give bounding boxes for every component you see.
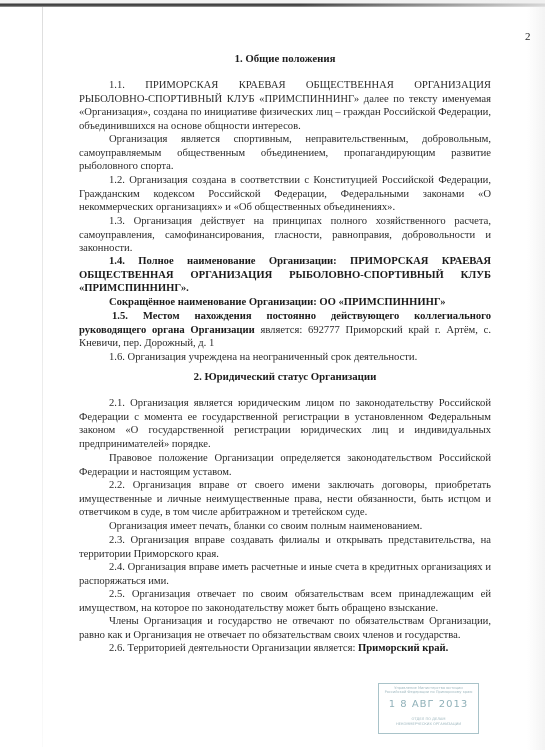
paragraph-1-2-text: 1.2. Организация создана в соответствии … — [79, 175, 491, 213]
paragraph-1-6: 1.6. Организация учреждена на неограниче… — [79, 351, 491, 365]
paragraph-1-1b-text: Организация является спортивным, неправи… — [79, 134, 491, 172]
paragraph-2-2b: Организация имеет печать, бланки со свои… — [79, 520, 491, 534]
registration-stamp: Управление Министерства юстиции Российск… — [378, 683, 479, 734]
paragraph-2-5b: Члены Организация и государство не отвеч… — [79, 615, 491, 642]
stamp-line-2: Российской Федерации по Приморскому краю — [383, 690, 474, 694]
paragraph-2-3-text: 2.3. Организация вправе создавать филиал… — [79, 535, 491, 560]
section-2-title: 2. Юридический статус Организации — [79, 371, 491, 385]
stamp-date: 1 8 АВГ 2013 — [379, 699, 478, 710]
paragraph-2-1b: Правовое положение Организации определяе… — [79, 452, 491, 479]
paragraph-1-2: 1.2. Организация создана в соответствии … — [79, 174, 491, 215]
stamp-line-5: НЕКОММЕРЧЕСКИХ ОРГАНИЗАЦИЙ — [383, 722, 474, 726]
paper-crease — [42, 7, 43, 747]
paragraph-2-3: 2.3. Организация вправе создавать филиал… — [79, 534, 491, 561]
scan-top-edge-fade — [300, 0, 545, 7]
paragraph-2-5-text: 2.5. Организация отвечает по своим обяза… — [79, 589, 491, 614]
page-number: 2 — [525, 31, 531, 43]
paragraph-2-6: 2.6. Территорией деятельности Организаци… — [79, 642, 491, 656]
paragraph-2-5: 2.5. Организация отвечает по своим обяза… — [79, 588, 491, 615]
paragraph-1-5: 1.5. Местом нахождения постоянно действу… — [79, 310, 491, 351]
paragraph-2-2: 2.2. Организация вправе от своего имени … — [79, 479, 491, 520]
paragraph-2-2-text: 2.2. Организация вправе от своего имени … — [79, 480, 491, 518]
stamp-line-4: ОТДЕЛ ПО ДЕЛАМ — [383, 717, 474, 721]
paragraph-1-1: 1.1. ПРИМОРСКАЯ КРАЕВАЯ ОБЩЕСТВЕННАЯ ОРГ… — [79, 79, 491, 133]
paragraph-1-1b: Организация является спортивным, неправи… — [79, 133, 491, 174]
paragraph-1-4: 1.4. Полное наименование Организации: ПР… — [79, 255, 491, 296]
paragraph-1-3: 1.3. Организация действует на принципах … — [79, 215, 491, 256]
paragraph-2-1b-text: Правовое положение Организации определяе… — [79, 453, 491, 478]
section-1-title: 1. Общие положения — [79, 53, 491, 67]
paragraph-2-5b-text: Члены Организация и государство не отвеч… — [79, 616, 491, 641]
paragraph-1-4b: Сокращённое наименование Организации: ОО… — [79, 296, 491, 310]
paragraph-1-3-text: 1.3. Организация действует на принципах … — [79, 216, 491, 254]
paragraph-2-1-text: 2.1. Организация является юридическим ли… — [79, 398, 491, 450]
short-name-text: Сокращённое наименование Организации: ОО… — [109, 297, 446, 308]
paragraph-2-1: 2.1. Организация является юридическим ли… — [79, 397, 491, 451]
paragraph-2-2b-text: Организация имеет печать, бланки со свои… — [109, 521, 422, 532]
paragraph-1-1-text: 1.1. ПРИМОРСКАЯ КРАЕВАЯ ОБЩЕСТВЕННАЯ ОРГ… — [79, 80, 491, 132]
paragraph-1-6-text: 1.6. Организация учреждена на неограниче… — [109, 352, 417, 363]
paragraph-2-4: 2.4. Организация вправе иметь расчетные … — [79, 561, 491, 588]
paragraph-2-6-text: 2.6. Территорией деятельности Организаци… — [109, 643, 358, 654]
paragraph-2-4-text: 2.4. Организация вправе иметь расчетные … — [79, 562, 491, 587]
territory-bold: Приморский край. — [358, 643, 448, 654]
scan-right-shade — [527, 7, 545, 750]
paragraph-1-4-text: 1.4. Полное наименование Организации: ПР… — [79, 256, 491, 294]
